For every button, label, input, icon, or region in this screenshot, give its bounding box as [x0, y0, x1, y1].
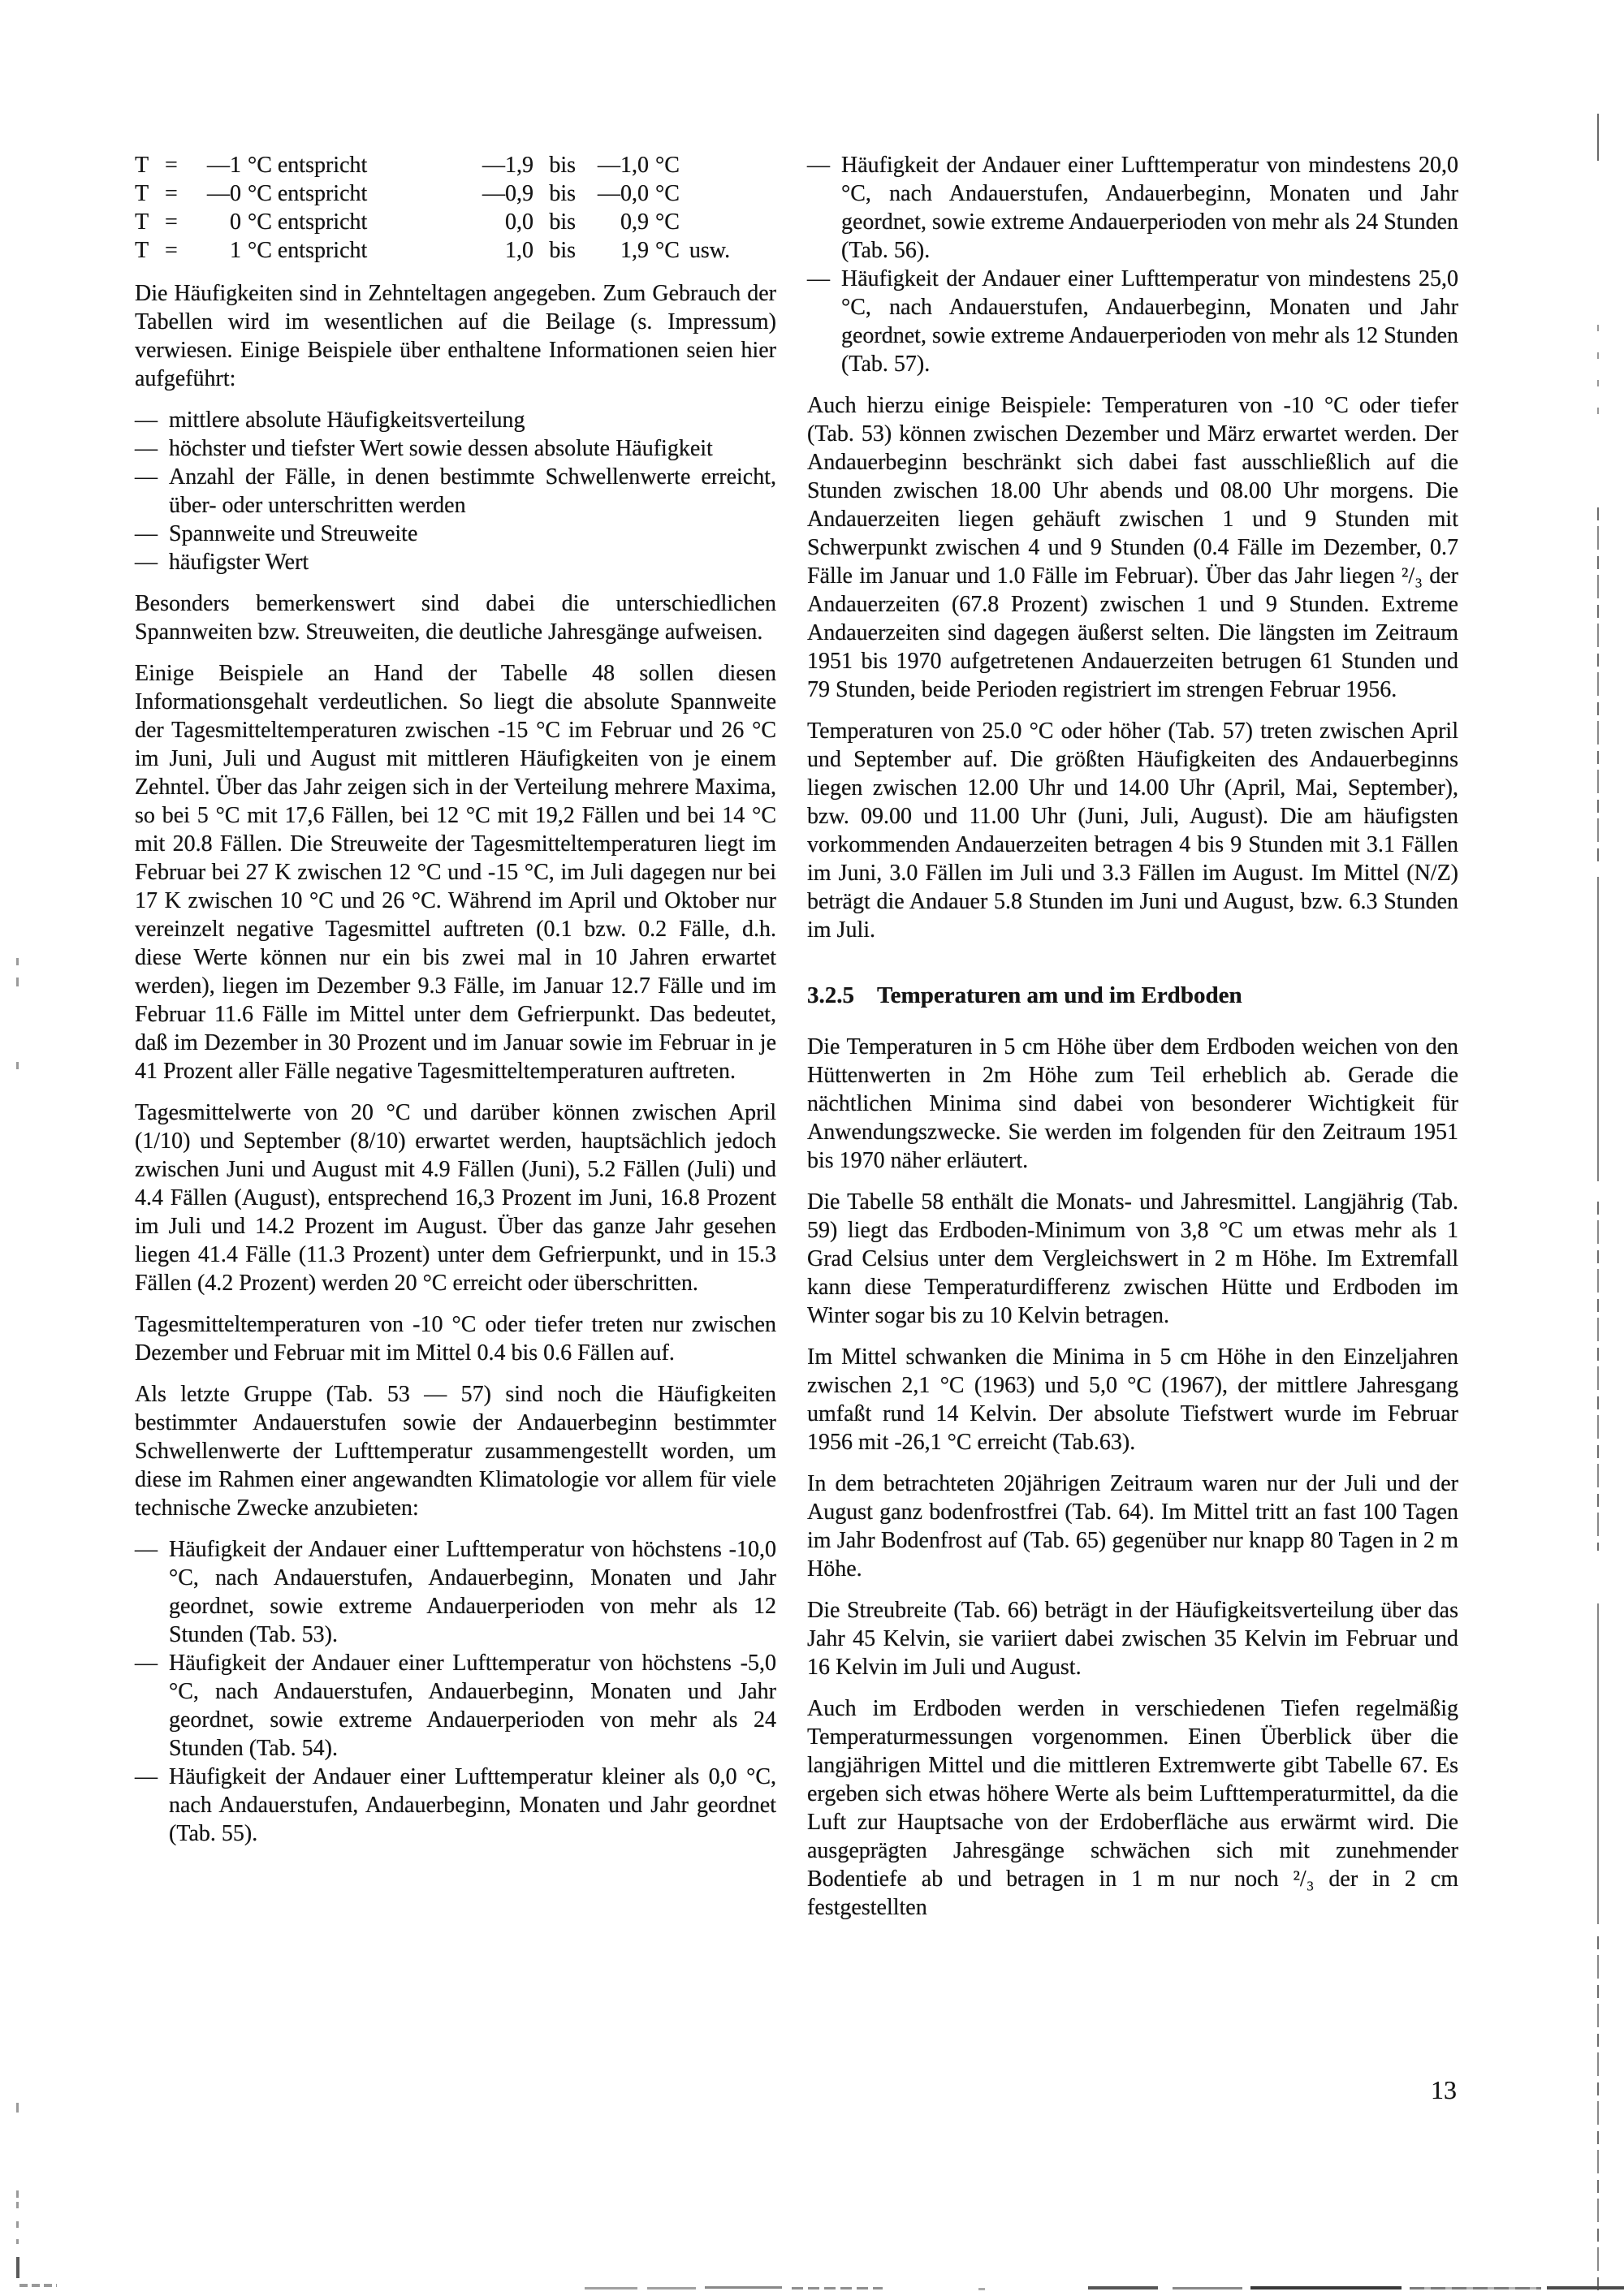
paragraph: Tagesmittelwerte von 20 °C und darüber k… [135, 1098, 776, 1297]
dash-bullet: — [135, 1649, 169, 1763]
def-value: —1 [197, 151, 241, 179]
scan-artifact-bottom-line [1410, 2287, 1541, 2290]
andauer-list-right: — Häufigkeit der Andauer einer Lufttempe… [807, 151, 1458, 378]
paragraph: Im Mittel schwanken die Minima in 5 cm H… [807, 1343, 1458, 1457]
def-tail [680, 208, 689, 236]
scan-artifact-left-mark [16, 2257, 19, 2278]
def-unit: °C [649, 151, 680, 179]
def-value: —0 [197, 179, 241, 208]
def-equals: = [165, 179, 197, 208]
scan-artifact-bottom-line [1173, 2287, 1242, 2290]
def-entspricht: °C entspricht [241, 151, 444, 179]
def-range-from: —0,9 [444, 179, 533, 208]
scan-artifact-right-line [1597, 877, 1599, 1181]
scan-artifact-right-line [1597, 114, 1599, 161]
definition-row: T=1°C entspricht1,0bis1,9°Cusw. [135, 236, 776, 265]
list-item: — höchster und tiefster Wert sowie desse… [135, 434, 776, 463]
paragraph: Tagesmitteltemperaturen von -10 °C oder … [135, 1310, 776, 1367]
paragraph: Die Häufigkeiten sind in Zehnteltagen an… [135, 279, 776, 393]
paragraph: Temperaturen von 25.0 °C oder höher (Tab… [807, 717, 1458, 944]
def-symbol: T [135, 208, 165, 236]
scan-artifact-left-mark [16, 2190, 19, 2198]
def-bis: bis [533, 208, 576, 236]
def-range-from: —1,9 [444, 151, 533, 179]
def-entspricht: °C entspricht [241, 179, 444, 208]
temperature-definition-block: T=—1°C entspricht—1,9bis—1,0°C T=—0°C en… [135, 151, 776, 265]
paragraph: Die Temperaturen in 5 cm Höhe über dem E… [807, 1033, 1458, 1175]
scan-artifact-bottom-line [1088, 2286, 1158, 2290]
definition-row: T=—1°C entspricht—1,9bis—1,0°C [135, 151, 776, 179]
dash-bullet: — [135, 1763, 169, 1848]
right-column: — Häufigkeit der Andauer einer Lufttempe… [807, 151, 1458, 1935]
list-item-text: Häufigkeit der Andauer einer Lufttempera… [169, 1649, 776, 1763]
def-value: 0 [197, 208, 241, 236]
scan-artifact-right-line [1597, 1603, 1599, 1924]
section-number: 3.2.5 [807, 982, 854, 1010]
list-item-text: mittlere absolute Häufigkeitsverteilung [169, 406, 776, 434]
dash-bullet: — [135, 1535, 169, 1649]
def-symbol: T [135, 236, 165, 265]
paragraph: Auch hierzu einige Beispiele: Temperatur… [807, 391, 1458, 704]
definition-row: T=0°C entspricht0,0bis0,9°C [135, 208, 776, 236]
dash-bullet: — [135, 463, 169, 520]
paragraph: Besonders bemerkenswert sind dabei die u… [135, 589, 776, 646]
def-range-to: —1,0 [576, 151, 649, 179]
scan-artifact-right-line [1597, 325, 1599, 434]
scan-artifact-bottom-line [705, 2286, 782, 2289]
scan-artifact-left-mark [16, 2239, 19, 2244]
def-symbol: T [135, 179, 165, 208]
def-range-from: 0,0 [444, 208, 533, 236]
info-list: — mittlere absolute Häufigkeitsverteilun… [135, 406, 776, 576]
def-tail [680, 179, 689, 208]
def-entspricht: °C entspricht [241, 236, 444, 265]
definition-row: T=—0°C entspricht—0,9bis—0,0°C [135, 179, 776, 208]
scan-artifact-right-line [1597, 1202, 1599, 1551]
list-item-text: Häufigkeit der Andauer einer Lufttempera… [169, 1763, 776, 1848]
scan-artifact-bottom-line [978, 2288, 985, 2290]
def-equals: = [165, 236, 197, 265]
dash-bullet: — [807, 151, 841, 265]
list-item: — Häufigkeit der Andauer einer Lufttempe… [807, 265, 1458, 378]
list-item-text: Häufigkeit der Andauer einer Lufttempera… [841, 265, 1458, 378]
list-item: — mittlere absolute Häufigkeitsverteilun… [135, 406, 776, 434]
paragraph: Die Streubreite (Tab. 66) beträgt in der… [807, 1596, 1458, 1681]
def-unit: °C [649, 179, 680, 208]
def-equals: = [165, 151, 197, 179]
section-heading: 3.2.5Temperaturen am und im Erdboden [807, 982, 1458, 1010]
dash-bullet: — [135, 406, 169, 434]
paragraph: Die Tabelle 58 enthält die Monats- und J… [807, 1188, 1458, 1330]
def-equals: = [165, 208, 197, 236]
def-range-to: 1,9 [576, 236, 649, 265]
paragraph: Als letzte Gruppe (Tab. 53 — 57) sind no… [135, 1380, 776, 1522]
paragraph: In dem betrachteten 20jährigen Zeitraum … [807, 1470, 1458, 1583]
scan-artifact-bottom-line [1547, 2286, 1624, 2290]
def-symbol: T [135, 151, 165, 179]
page-number: 13 [807, 2075, 1457, 2104]
list-item: — Spannweite und Streuweite [135, 520, 776, 548]
def-unit: °C [649, 208, 680, 236]
list-item: — Häufigkeit der Andauer einer Lufttempe… [135, 1649, 776, 1763]
dash-bullet: — [135, 520, 169, 548]
list-item-text: höchster und tiefster Wert sowie dessen … [169, 434, 776, 463]
list-item: — Häufigkeit der Andauer einer Lufttempe… [135, 1535, 776, 1649]
list-item-text: Spannweite und Streuweite [169, 520, 776, 548]
text-columns: T=—1°C entspricht—1,9bis—1,0°C T=—0°C en… [135, 151, 1458, 1935]
scan-artifact-bottom-line [1250, 2286, 1402, 2290]
list-item: — häufigster Wert [135, 548, 776, 576]
list-item: — Häufigkeit der Andauer einer Lufttempe… [807, 151, 1458, 265]
list-item: — Anzahl der Fälle, in denen bestimmte S… [135, 463, 776, 520]
def-bis: bis [533, 236, 576, 265]
scan-artifact-left-mark [16, 958, 19, 965]
scan-artifact-left-mark [16, 978, 19, 986]
list-item-text: Häufigkeit der Andauer einer Lufttempera… [169, 1535, 776, 1649]
scan-artifact-bottom-line [792, 2287, 883, 2290]
def-range-to: —0,0 [576, 179, 649, 208]
def-range-from: 1,0 [444, 236, 533, 265]
scan-artifact-right-line [1597, 507, 1599, 865]
paragraph: Auch im Erdboden werden in verschiedenen… [807, 1694, 1458, 1922]
list-item-text: Anzahl der Fälle, in denen bestimmte Sch… [169, 463, 776, 520]
scan-artifact-left-mark [16, 1062, 19, 1069]
dash-bullet: — [135, 548, 169, 576]
list-item: — Häufigkeit der Andauer einer Lufttempe… [135, 1763, 776, 1848]
document-page: T=—1°C entspricht—1,9bis—1,0°C T=—0°C en… [0, 0, 1624, 2296]
def-bis: bis [533, 179, 576, 208]
def-unit: °C [649, 236, 680, 265]
scan-artifact-bottom-line [647, 2287, 696, 2290]
andauer-list-left: — Häufigkeit der Andauer einer Lufttempe… [135, 1535, 776, 1848]
dash-bullet: — [807, 265, 841, 378]
scan-artifact-left-mark [16, 2221, 19, 2228]
def-tail: usw. [680, 236, 730, 265]
scan-artifact-bottom-line [585, 2287, 637, 2290]
def-value: 1 [197, 236, 241, 265]
scan-artifact-left-mark [16, 2103, 19, 2113]
def-bis: bis [533, 151, 576, 179]
def-range-to: 0,9 [576, 208, 649, 236]
list-item-text: häufigster Wert [169, 548, 776, 576]
dash-bullet: — [135, 434, 169, 463]
section-title: Temperaturen am und im Erdboden [877, 982, 1242, 1008]
def-tail [680, 151, 689, 179]
paragraph: Einige Beispiele an Hand der Tabelle 48 … [135, 659, 776, 1085]
scan-artifact-left-mark [16, 2202, 19, 2208]
left-column: T=—1°C entspricht—1,9bis—1,0°C T=—0°C en… [135, 151, 776, 1935]
scan-artifact-left-mark [19, 2284, 57, 2287]
list-item-text: Häufigkeit der Andauer einer Lufttempera… [841, 151, 1458, 265]
def-entspricht: °C entspricht [241, 208, 444, 236]
scan-artifact-right-line [1597, 1936, 1599, 2296]
